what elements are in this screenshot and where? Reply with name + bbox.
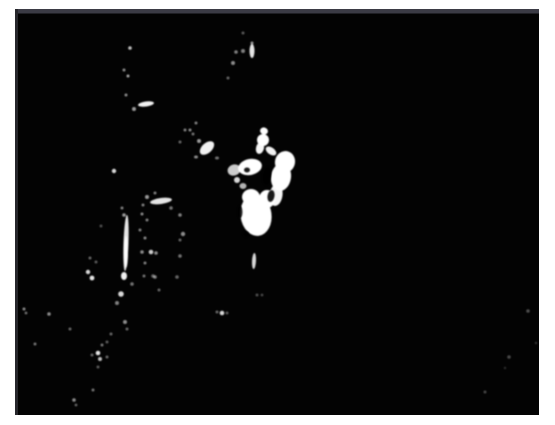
photo-area [15, 9, 539, 415]
white-blob [216, 311, 219, 314]
white-blob [192, 133, 195, 136]
white-blob [234, 50, 238, 54]
white-blob [115, 301, 119, 305]
black-spot [238, 206, 243, 218]
white-blob [121, 207, 124, 210]
white-blob [144, 237, 147, 240]
white-blob [146, 219, 149, 222]
white-blob [241, 49, 245, 53]
white-blob [97, 366, 100, 369]
photo-left-edge [15, 9, 18, 415]
black-spot [244, 168, 250, 173]
white-blob [126, 328, 129, 331]
binary-thresholded-image [0, 0, 555, 425]
black-spot [243, 231, 249, 237]
white-blob [139, 229, 142, 232]
white-blob [507, 355, 511, 359]
white-blob [23, 308, 26, 311]
white-blob [34, 343, 37, 346]
white-blob [95, 261, 98, 264]
white-blob [151, 274, 155, 278]
white-blob [256, 294, 259, 297]
white-blob [195, 122, 198, 125]
white-blob [25, 312, 28, 315]
white-blob [251, 42, 254, 45]
white-blob [226, 312, 229, 315]
white-blob [125, 94, 128, 97]
white-blob [242, 189, 260, 205]
white-blob [132, 107, 136, 111]
white-blob [100, 225, 103, 228]
white-blob [123, 69, 126, 72]
white-blob [72, 398, 76, 402]
white-blob [112, 169, 116, 173]
white-blob [122, 213, 126, 217]
white-blob [141, 213, 144, 216]
white-blob [124, 236, 128, 268]
white-blob [106, 341, 109, 344]
white-blob [110, 333, 113, 336]
white-blob [231, 61, 235, 65]
white-blob [101, 344, 104, 347]
white-blob [142, 204, 145, 207]
white-blob [96, 351, 101, 356]
white-blob [179, 239, 182, 242]
white-blob [215, 157, 219, 160]
white-blob [89, 257, 92, 260]
white-blob [106, 356, 109, 359]
white-blob [261, 294, 264, 297]
white-blob [181, 232, 185, 236]
white-blob [175, 275, 179, 279]
white-blob [158, 289, 161, 292]
white-blob [127, 75, 130, 78]
white-blob [149, 250, 154, 255]
white-blob [154, 192, 157, 195]
white-blob [169, 206, 173, 210]
white-blob [526, 309, 530, 313]
white-blob [220, 311, 225, 316]
white-blob [535, 342, 537, 344]
white-blob [179, 141, 182, 144]
white-blob [145, 195, 149, 199]
white-blob [154, 251, 158, 255]
white-blob [98, 357, 102, 361]
white-blob [123, 320, 127, 324]
white-blob [143, 275, 146, 278]
white-blob [140, 250, 144, 254]
white-blob [178, 213, 182, 217]
white-blob [75, 404, 78, 407]
white-blob [484, 391, 487, 394]
photo-top-edge [15, 9, 539, 14]
white-blob [234, 177, 240, 183]
white-blob [130, 282, 134, 286]
white-blob [47, 312, 51, 316]
white-blob [240, 183, 247, 189]
white-blob [92, 389, 95, 392]
white-blob [144, 262, 147, 265]
white-blob [184, 129, 187, 132]
white-blob [242, 32, 245, 35]
white-blob [128, 46, 132, 50]
white-blob [189, 129, 192, 132]
white-blob [118, 291, 124, 297]
white-blob [121, 272, 127, 280]
white-blob [194, 156, 198, 159]
white-blob [86, 270, 90, 274]
white-blob [69, 328, 72, 331]
white-blob [178, 254, 182, 258]
page-background [0, 0, 555, 425]
white-blob [197, 139, 201, 143]
white-blob [504, 367, 506, 369]
white-blob [91, 354, 94, 357]
white-blob [250, 44, 255, 58]
white-blob [90, 276, 95, 281]
white-blob [227, 77, 230, 80]
